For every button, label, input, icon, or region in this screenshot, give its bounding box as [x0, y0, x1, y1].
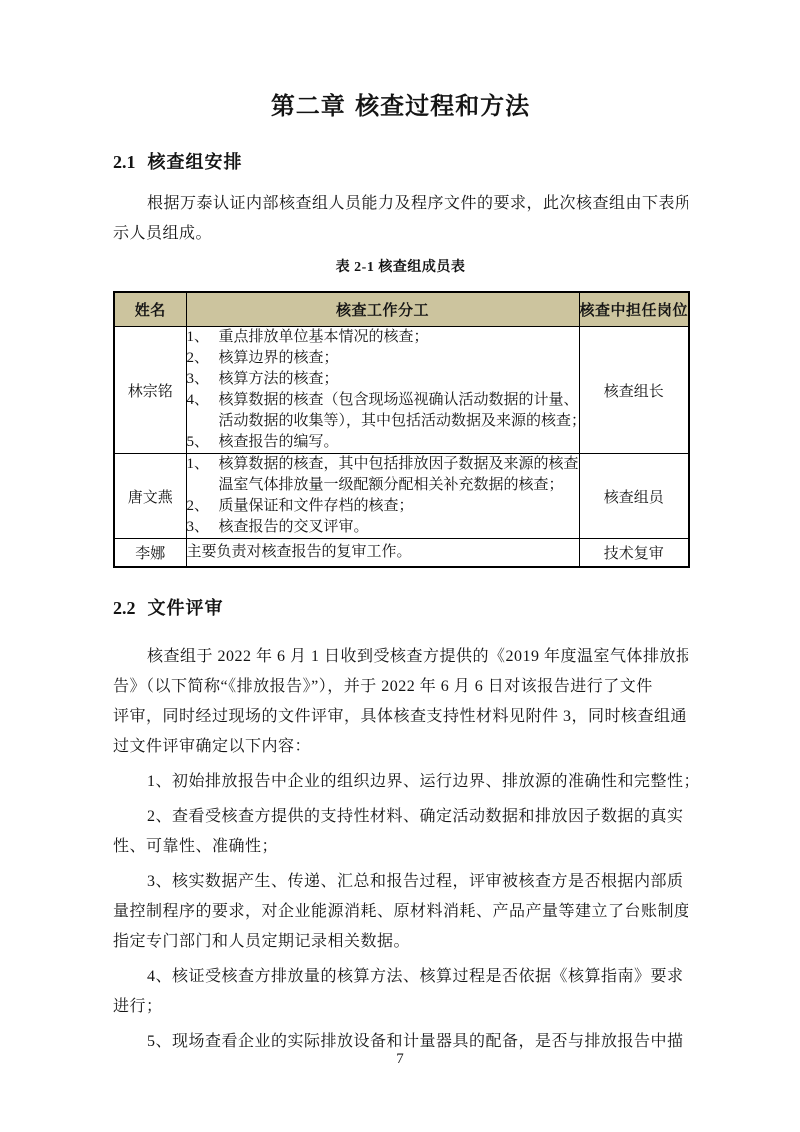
- paragraph-line: 根据万泰认证内部核查组人员能力及程序文件的要求，此次核查组由下表所: [113, 189, 688, 219]
- section-2-2-paragraphs: 核查组于 2022 年 6 月 1 日收到受核查方提供的《2019 年度温室气体…: [113, 642, 688, 1057]
- members-table: 姓名 核查工作分工 核查中担任岗位 林宗铭1、重点排放单位基本情况的核查；2、核…: [113, 291, 690, 568]
- section-title: 文件评审: [148, 598, 224, 619]
- duty-line: 核算边界的核查；: [219, 348, 579, 369]
- duty-line: 重点排放单位基本情况的核查；: [219, 327, 579, 348]
- paragraph-line: 性、可靠性、准确性；: [113, 832, 688, 862]
- paragraph-line: 评审，同时经过现场的文件评审，具体核查支持性材料见附件 3，同时核查组通: [113, 702, 688, 732]
- duty-line: 活动数据的收集等），其中包括活动数据及来源的核查；: [219, 411, 579, 432]
- page-content: 第二章 核查过程和方法 2.1核查组安排 根据万泰认证内部核查组人员能力及程序文…: [0, 0, 800, 1057]
- duty-number: 3、: [187, 369, 219, 390]
- duty-line: 核算方法的核查；: [219, 369, 579, 390]
- document-page: 第二章 核查过程和方法 2.1核查组安排 根据万泰认证内部核查组人员能力及程序文…: [0, 0, 800, 1132]
- duty-item: 5、核查报告的编写。: [187, 432, 579, 453]
- section-heading-2-2: 2.2文件评审: [113, 596, 688, 621]
- duty-item: 1、核算数据的核查，其中包括排放因子数据及来源的核查、温室气体排放量一级配额分配…: [187, 454, 579, 496]
- member-name-cell: 唐文燕: [114, 454, 186, 539]
- duty-item: 3、核查报告的交叉评审。: [187, 517, 579, 538]
- duty-item: 2、核算边界的核查；: [187, 348, 579, 369]
- paragraph-line: 量控制程序的要求，对企业能源消耗、原材料消耗、产品产量等建立了台账制度，: [113, 897, 688, 927]
- paragraph-line: 2、查看受核查方提供的支持性材料、确定活动数据和排放因子数据的真实: [113, 802, 688, 832]
- duties-cell: 1、重点排放单位基本情况的核查；2、核算边界的核查；3、核算方法的核查；4、核算…: [186, 327, 579, 454]
- table-caption: 表 2-1 核查组成员表: [113, 258, 688, 278]
- page-number: 7: [0, 1049, 800, 1069]
- table-header-row: 姓名 核查工作分工 核查中担任岗位: [114, 292, 689, 327]
- duty-item: 主要负责对核查报告的复审工作。: [187, 542, 579, 563]
- paragraph-line: 3、核实数据产生、传递、汇总和报告过程，评审被核查方是否根据内部质: [113, 867, 688, 897]
- duty-text: 核算数据的核查，其中包括排放因子数据及来源的核查、温室气体排放量一级配额分配相关…: [219, 454, 579, 496]
- section-title: 核查组安排: [148, 152, 243, 173]
- duty-line: 主要负责对核查报告的复审工作。: [187, 542, 579, 563]
- section-heading-2-1: 2.1核查组安排: [113, 150, 688, 175]
- role-cell: 核查组员: [579, 454, 689, 539]
- duty-text: 核查报告的交叉评审。: [219, 517, 579, 538]
- section-number: 2.1: [113, 152, 136, 172]
- paragraph: 核查组于 2022 年 6 月 1 日收到受核查方提供的《2019 年度温室气体…: [113, 642, 688, 762]
- duty-number: 5、: [187, 432, 219, 453]
- role-cell: 核查组长: [579, 327, 689, 454]
- header-cell-role: 核查中担任岗位: [579, 292, 689, 327]
- paragraph-line: 4、核证受核查方排放量的核算方法、核算过程是否依据《核算指南》要求: [113, 962, 688, 992]
- duty-line: 核查报告的编写。: [219, 432, 579, 453]
- duty-number: 4、: [187, 390, 219, 411]
- duty-line: 核算数据的核查，其中包括排放因子数据及来源的核查、: [219, 454, 579, 475]
- member-name-cell: 林宗铭: [114, 327, 186, 454]
- duty-text: 重点排放单位基本情况的核查；: [219, 327, 579, 348]
- duty-number: 2、: [187, 348, 219, 369]
- duty-item: 4、核算数据的核查（包含现场巡视确认活动数据的计量、活动数据的收集等），其中包括…: [187, 390, 579, 432]
- duty-text: 核算边界的核查；: [219, 348, 579, 369]
- duty-item: 2、质量保证和文件存档的核查；: [187, 496, 579, 517]
- paragraph-line: 过文件评审确定以下内容：: [113, 732, 688, 762]
- paragraph: 1、初始排放报告中企业的组织边界、运行边界、排放源的准确性和完整性；: [113, 767, 688, 797]
- chapter-title: 第二章 核查过程和方法: [113, 0, 688, 122]
- duty-number: 3、: [187, 517, 219, 538]
- table-body: 林宗铭1、重点排放单位基本情况的核查；2、核算边界的核查；3、核算方法的核查；4…: [114, 327, 689, 568]
- section-number: 2.2: [113, 598, 136, 618]
- duty-text: 主要负责对核查报告的复审工作。: [187, 542, 579, 563]
- header-cell-name: 姓名: [114, 292, 186, 327]
- duty-line: 核算数据的核查（包含现场巡视确认活动数据的计量、: [219, 390, 579, 411]
- table-row: 唐文燕1、核算数据的核查，其中包括排放因子数据及来源的核查、温室气体排放量一级配…: [114, 454, 689, 539]
- header-cell-duties: 核查工作分工: [186, 292, 579, 327]
- paragraph-line: 示人员组成。: [113, 219, 688, 249]
- paragraph-line: 指定专门部门和人员定期记录相关数据。: [113, 927, 688, 957]
- paragraph-line: 核查组于 2022 年 6 月 1 日收到受核查方提供的《2019 年度温室气体…: [113, 642, 688, 672]
- duties-cell: 1、核算数据的核查，其中包括排放因子数据及来源的核查、温室气体排放量一级配额分配…: [186, 454, 579, 539]
- member-name-cell: 李娜: [114, 539, 186, 568]
- paragraph-line: 1、初始排放报告中企业的组织边界、运行边界、排放源的准确性和完整性；: [113, 767, 688, 797]
- duties-cell: 主要负责对核查报告的复审工作。: [186, 539, 579, 568]
- duty-number: 1、: [187, 454, 219, 475]
- duty-text: 核查报告的编写。: [219, 432, 579, 453]
- paragraph: 2、查看受核查方提供的支持性材料、确定活动数据和排放因子数据的真实性、可靠性、准…: [113, 802, 688, 862]
- duty-text: 核算数据的核查（包含现场巡视确认活动数据的计量、活动数据的收集等），其中包括活动…: [219, 390, 579, 432]
- duty-text: 核算方法的核查；: [219, 369, 579, 390]
- section-2-1-paragraph: 根据万泰认证内部核查组人员能力及程序文件的要求，此次核查组由下表所示人员组成。: [113, 189, 688, 249]
- duty-line: 核查报告的交叉评审。: [219, 517, 579, 538]
- duty-line: 质量保证和文件存档的核查；: [219, 496, 579, 517]
- paragraph-line: 告》（以下简称“《排放报告》”），并于 2022 年 6 月 6 日对该报告进行…: [113, 672, 688, 702]
- duty-item: 1、重点排放单位基本情况的核查；: [187, 327, 579, 348]
- duty-line: 温室气体排放量一级配额分配相关补充数据的核查；: [219, 475, 579, 496]
- role-cell: 技术复审: [579, 539, 689, 568]
- duty-number: 1、: [187, 327, 219, 348]
- duty-item: 3、核算方法的核查；: [187, 369, 579, 390]
- paragraph: 3、核实数据产生、传递、汇总和报告过程，评审被核查方是否根据内部质量控制程序的要…: [113, 867, 688, 957]
- paragraph-line: 进行；: [113, 992, 688, 1022]
- paragraph: 4、核证受核查方排放量的核算方法、核算过程是否依据《核算指南》要求进行；: [113, 962, 688, 1022]
- table-row: 李娜主要负责对核查报告的复审工作。技术复审: [114, 539, 689, 568]
- duty-text: 质量保证和文件存档的核查；: [219, 496, 579, 517]
- duty-number: 2、: [187, 496, 219, 517]
- table-row: 林宗铭1、重点排放单位基本情况的核查；2、核算边界的核查；3、核算方法的核查；4…: [114, 327, 689, 454]
